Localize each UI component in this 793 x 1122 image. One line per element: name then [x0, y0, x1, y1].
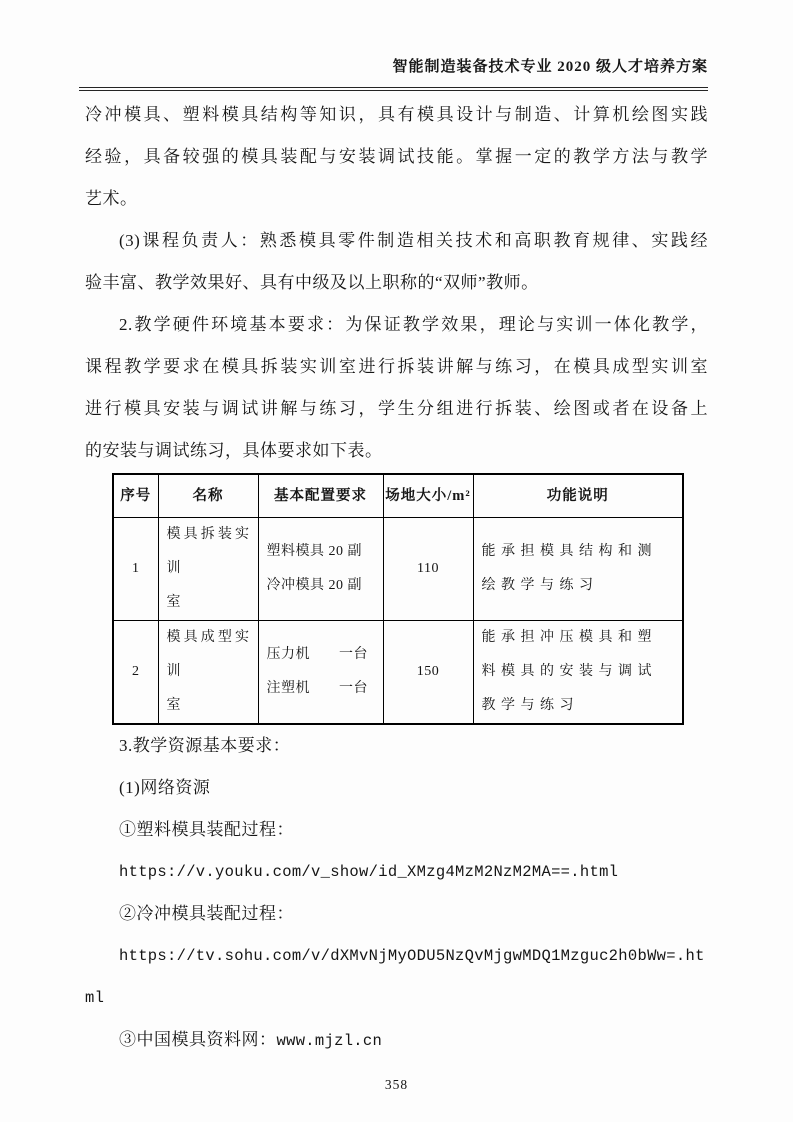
para1-line2: 经验，具备较强的模具装配与安装调试技能。掌握一定的教学方法与教学: [85, 136, 708, 178]
col-header-function: 功能说明: [473, 474, 683, 518]
page-number: 358: [85, 1077, 708, 1093]
para3-line1: 2.教学硬件环境基本要求：为保证教学效果，理论与实训一体化教学，: [85, 304, 708, 346]
cell-seq: 2: [113, 621, 158, 725]
col-header-area: 场地大小/m²: [383, 474, 473, 518]
header-rule: [79, 87, 708, 91]
resource2-url-line2: ml: [85, 977, 708, 1019]
document-body: 冷冲模具、塑料模具结构等知识，具有模具设计与制造、计算机绘图实践 经验，具备较强…: [85, 94, 708, 1062]
section3-heading: 3.教学资源基本要求：: [85, 725, 708, 767]
para1-line1: 冷冲模具、塑料模具结构等知识，具有模具设计与制造、计算机绘图实践: [85, 94, 708, 136]
section3-1-heading: (1)网络资源: [85, 767, 708, 809]
cell-name: 模具成型实训 室: [158, 621, 258, 725]
table-header-row: 序号 名称 基本配置要求 场地大小/m² 功能说明: [113, 474, 683, 518]
resource3-label: ③中国模具资料网：: [119, 1030, 277, 1049]
resource2-label: ②冷冲模具装配过程：: [85, 893, 708, 935]
para3-line3: 进行模具安装与调试讲解与练习，学生分组进行拆装、绘图或者在设备上: [85, 388, 708, 430]
resource3-url: www.mjzl.cn: [277, 1032, 383, 1050]
para3-line2: 课程教学要求在模具拆装实训室进行拆装讲解与练习，在模具成型实训室: [85, 346, 708, 388]
cell-area: 150: [383, 621, 473, 725]
col-header-name: 名称: [158, 474, 258, 518]
para2-line1: (3)课程负责人：熟悉模具零件制造相关技术和高职教育规律、实践经: [85, 220, 708, 262]
resource1-label: ①塑料模具装配过程：: [85, 809, 708, 851]
cell-config: 压力机 一台 注塑机 一台: [258, 621, 383, 725]
cell-config: 塑料模具 20 副 冷冲模具 20 副: [258, 518, 383, 621]
cell-area: 110: [383, 518, 473, 621]
document-page: 智能制造装备技术专业 2020 级人才培养方案 冷冲模具、塑料模具结构等知识，具…: [0, 0, 793, 1122]
cell-name: 模具拆装实训 室: [158, 518, 258, 621]
col-header-config: 基本配置要求: [258, 474, 383, 518]
training-room-table: 序号 名称 基本配置要求 场地大小/m² 功能说明 1 模具拆装实训 室 塑料模…: [112, 473, 684, 725]
resource1-url: https://v.youku.com/v_show/id_XMzg4MzM2N…: [85, 851, 708, 893]
table-row: 1 模具拆装实训 室 塑料模具 20 副 冷冲模具 20 副 110 能承担模具…: [113, 518, 683, 621]
cell-function: 能承担冲压模具和塑 料模具的安装与调试 教学与练习: [473, 621, 683, 725]
resource3-line: ③中国模具资料网：www.mjzl.cn: [85, 1019, 708, 1062]
col-header-seq: 序号: [113, 474, 158, 518]
para2-line2: 验丰富、教学效果好、具有中级及以上职称的“双师”教师。: [85, 262, 708, 304]
table-row: 2 模具成型实训 室 压力机 一台 注塑机 一台 150 能承担冲压模具和塑 料…: [113, 621, 683, 725]
cell-seq: 1: [113, 518, 158, 621]
para1-line3: 艺术。: [85, 178, 708, 220]
page-header-title: 智能制造装备技术专业 2020 级人才培养方案: [85, 57, 708, 78]
para3-line4: 的安装与调试练习，具体要求如下表。: [85, 430, 708, 472]
resource2-url-line1: https://tv.sohu.com/v/dXMvNjMyODU5NzQvMj…: [85, 935, 708, 977]
cell-function: 能承担模具结构和测 绘教学与练习: [473, 518, 683, 621]
